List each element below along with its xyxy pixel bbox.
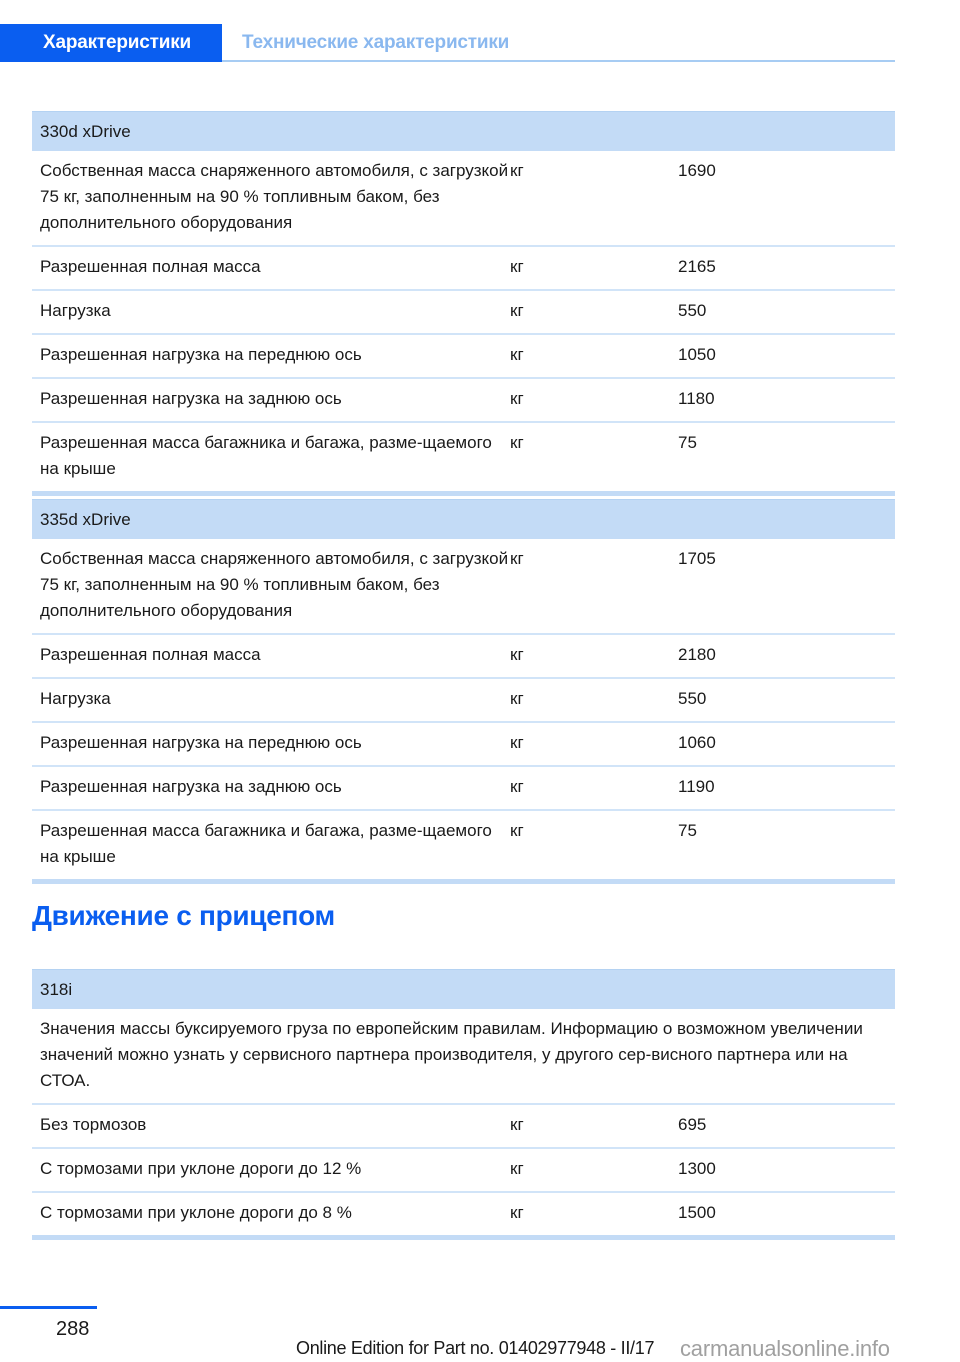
- row-label: С тормозами при уклоне дороги до 8 %: [32, 1193, 510, 1235]
- row-label: Разрешенная нагрузка на переднюю ось: [32, 335, 510, 377]
- watermark: carmanualsonline.info: [680, 1336, 890, 1362]
- row-value: 695: [678, 1105, 895, 1147]
- trailer-table-318i: 318i Значения массы буксируемого груза п…: [32, 969, 895, 1240]
- row-unit: кг: [510, 379, 678, 421]
- table-row: Разрешенная нагрузка на заднюю ось кг 11…: [32, 767, 895, 811]
- row-value: 1300: [678, 1149, 895, 1191]
- row-value: 1050: [678, 335, 895, 377]
- row-value: 1180: [678, 379, 895, 421]
- table-row: Собственная масса снаряженного автомобил…: [32, 539, 895, 635]
- row-value: 1060: [678, 723, 895, 765]
- row-value: 550: [678, 291, 895, 333]
- table-row: Разрешенная масса багажника и багажа, ра…: [32, 423, 895, 491]
- row-value: 2165: [678, 247, 895, 289]
- row-unit: кг: [510, 723, 678, 765]
- row-unit: кг: [510, 291, 678, 333]
- edition-note: Online Edition for Part no. 01402977948 …: [296, 1338, 654, 1359]
- table-row: Разрешенная масса багажника и багажа, ра…: [32, 811, 895, 879]
- table-row: Нагрузка кг 550: [32, 291, 895, 335]
- table-row: Разрешенная полная масса кг 2180: [32, 635, 895, 679]
- footer-accent-line: [0, 1306, 97, 1309]
- header-divider: [222, 60, 895, 62]
- section-title: Движение с прицепом: [32, 900, 335, 932]
- table-row: Разрешенная нагрузка на переднюю ось кг …: [32, 335, 895, 379]
- section-breadcrumb[interactable]: Технические характеристики: [242, 24, 509, 60]
- row-unit: кг: [510, 767, 678, 809]
- table-row: С тормозами при уклоне дороги до 8 % кг …: [32, 1193, 895, 1235]
- row-label: Разрешенная нагрузка на заднюю ось: [32, 379, 510, 421]
- page-header: Характеристики Технические характеристик…: [0, 24, 895, 62]
- row-label: Разрешенная полная масса: [32, 247, 510, 289]
- row-unit: кг: [510, 1105, 678, 1147]
- row-unit: кг: [510, 335, 678, 377]
- row-unit: кг: [510, 811, 678, 879]
- row-value: 1190: [678, 767, 895, 809]
- table-row: Разрешенная нагрузка на переднюю ось кг …: [32, 723, 895, 767]
- table-row: Нагрузка кг 550: [32, 679, 895, 723]
- chapter-tab[interactable]: Характеристики: [0, 24, 222, 62]
- row-value: 2180: [678, 635, 895, 677]
- table-note: Значения массы буксируемого груза по евр…: [32, 1009, 895, 1105]
- row-unit: кг: [510, 151, 678, 245]
- row-label: Нагрузка: [32, 679, 510, 721]
- row-unit: кг: [510, 1149, 678, 1191]
- row-unit: кг: [510, 539, 678, 633]
- row-label: Собственная масса снаряженного автомобил…: [32, 151, 510, 245]
- table-header: 318i: [32, 969, 895, 1009]
- row-label: Разрешенная масса багажника и багажа, ра…: [32, 811, 510, 879]
- table-row: Разрешенная полная масса кг 2165: [32, 247, 895, 291]
- row-value: 75: [678, 423, 895, 491]
- table-end-bar: [32, 879, 895, 884]
- row-unit: кг: [510, 1193, 678, 1235]
- row-value: 1705: [678, 539, 895, 633]
- row-label: Нагрузка: [32, 291, 510, 333]
- page-number: 288: [56, 1318, 89, 1341]
- row-unit: кг: [510, 423, 678, 491]
- table-row: Разрешенная нагрузка на заднюю ось кг 11…: [32, 379, 895, 423]
- row-unit: кг: [510, 247, 678, 289]
- table-end-bar: [32, 1235, 895, 1240]
- row-unit: кг: [510, 679, 678, 721]
- row-label: Разрешенная нагрузка на заднюю ось: [32, 767, 510, 809]
- table-row: Собственная масса снаряженного автомобил…: [32, 151, 895, 247]
- row-label: С тормозами при уклоне дороги до 12 %: [32, 1149, 510, 1191]
- table-header: 335d xDrive: [32, 499, 895, 539]
- spec-table-330d: 330d xDrive Собственная масса снаряженно…: [32, 111, 895, 496]
- row-value: 75: [678, 811, 895, 879]
- table-row: Без тормозов кг 695: [32, 1105, 895, 1149]
- table-end-bar: [32, 491, 895, 496]
- row-value: 1690: [678, 151, 895, 245]
- row-label: Разрешенная нагрузка на переднюю ось: [32, 723, 510, 765]
- spec-table-335d: 335d xDrive Собственная масса снаряженно…: [32, 499, 895, 884]
- table-row: С тормозами при уклоне дороги до 12 % кг…: [32, 1149, 895, 1193]
- row-label: Разрешенная полная масса: [32, 635, 510, 677]
- row-value: 1500: [678, 1193, 895, 1235]
- row-value: 550: [678, 679, 895, 721]
- row-label: Без тормозов: [32, 1105, 510, 1147]
- row-label: Собственная масса снаряженного автомобил…: [32, 539, 510, 633]
- row-unit: кг: [510, 635, 678, 677]
- table-header: 330d xDrive: [32, 111, 895, 151]
- row-label: Разрешенная масса багажника и багажа, ра…: [32, 423, 510, 491]
